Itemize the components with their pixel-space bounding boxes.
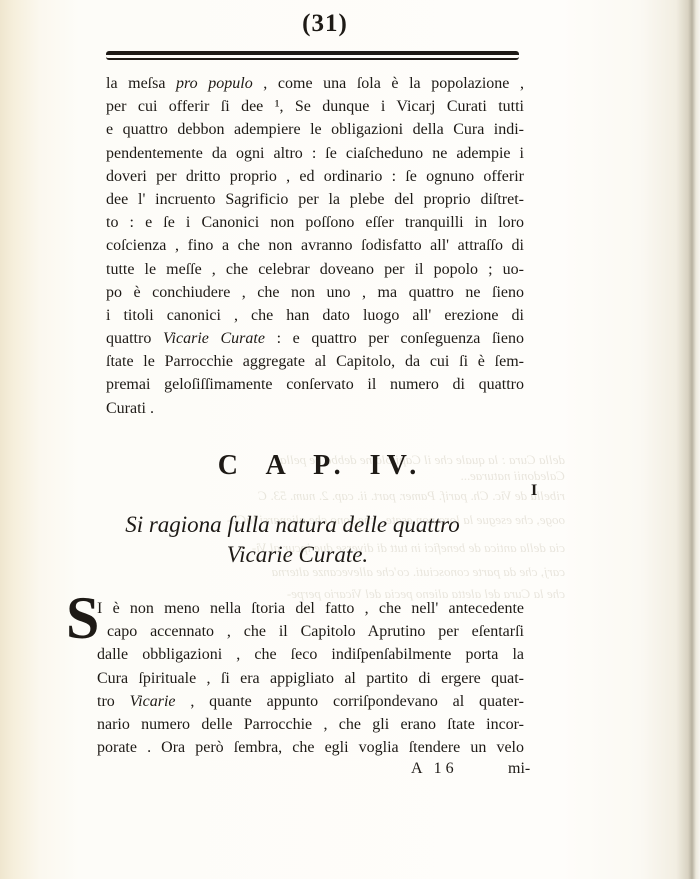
signature-mark: A 16 bbox=[411, 760, 458, 778]
text-line: doveri per dritto proprio , ed ordinario… bbox=[106, 165, 524, 188]
bleed-through-text: ribellu de Vic. Ch. parif. Pamer. part. … bbox=[95, 488, 565, 504]
text-line: I è non meno nella ſtoria del fatto , ch… bbox=[97, 597, 524, 620]
drop-cap: S bbox=[66, 588, 99, 648]
chapter-subtitle-line-1: Si ragiona ſulla natura delle quattro bbox=[0, 510, 585, 540]
text-line: e quattro debbon adempiere le obligazion… bbox=[106, 118, 524, 141]
chapter-subtitle-line-2: Vicarie Curate. bbox=[5, 540, 590, 570]
text-line: porate . Ora però ſembra, che egli vogli… bbox=[97, 736, 524, 759]
chapter-heading: C A P. IV. bbox=[0, 450, 640, 482]
header-rule bbox=[106, 51, 519, 60]
text-line: tro Vicarie , quante appunto corriſponde… bbox=[97, 690, 524, 713]
text-line: dalle obbligazioni , che ſeco indiſpenſa… bbox=[97, 643, 524, 666]
book-page: della Cura : la quale che il Capitolo ne… bbox=[0, 0, 700, 879]
text-line: dee l' incruento Sagrificio per la plebe… bbox=[106, 188, 524, 211]
text-line: per cui offerir ſi dee ¹, Se dunque i Vi… bbox=[106, 95, 524, 118]
text-line: la meſsa pro populo , come una ſola è la… bbox=[106, 72, 524, 95]
text-line: po è conchiudere , che non uno , ma quat… bbox=[106, 281, 524, 304]
catchword: mi- bbox=[508, 760, 530, 778]
text-line: premai geloſiſſimamente conſervato il nu… bbox=[106, 373, 524, 396]
text-line: ſtate le Parrocchie aggregate al Capitol… bbox=[106, 350, 524, 373]
margin-mark: I bbox=[531, 482, 537, 500]
text-line: coſcienza , fino a che non avranno ſodis… bbox=[106, 234, 524, 257]
text-line: Cura ſpirituale , ſi era appigliato al p… bbox=[97, 667, 524, 690]
text-line: quattro Vicarie Curate : e quattro per c… bbox=[106, 327, 524, 350]
text-line: Curati . bbox=[106, 397, 524, 420]
text-line: capo accennato , che il Capitolo Aprutin… bbox=[97, 620, 524, 643]
paragraph-2: I è non meno nella ſtoria del fatto , ch… bbox=[97, 597, 524, 759]
text-line: to : e ſe i Canonici non poſſono eſſer t… bbox=[106, 211, 524, 234]
text-line: tutte le meſſe , che celebrar doveano pe… bbox=[106, 258, 524, 281]
text-line: pendentemente da ogni altro : ſe ciaſche… bbox=[106, 142, 524, 165]
page-number: (31) bbox=[0, 10, 650, 38]
text-line: nario numero delle Parrocchie , che gli … bbox=[97, 713, 524, 736]
text-line: i titoli canonici , che han dato luogo a… bbox=[106, 304, 524, 327]
paragraph-1: la meſsa pro populo , come una ſola è la… bbox=[106, 72, 524, 420]
